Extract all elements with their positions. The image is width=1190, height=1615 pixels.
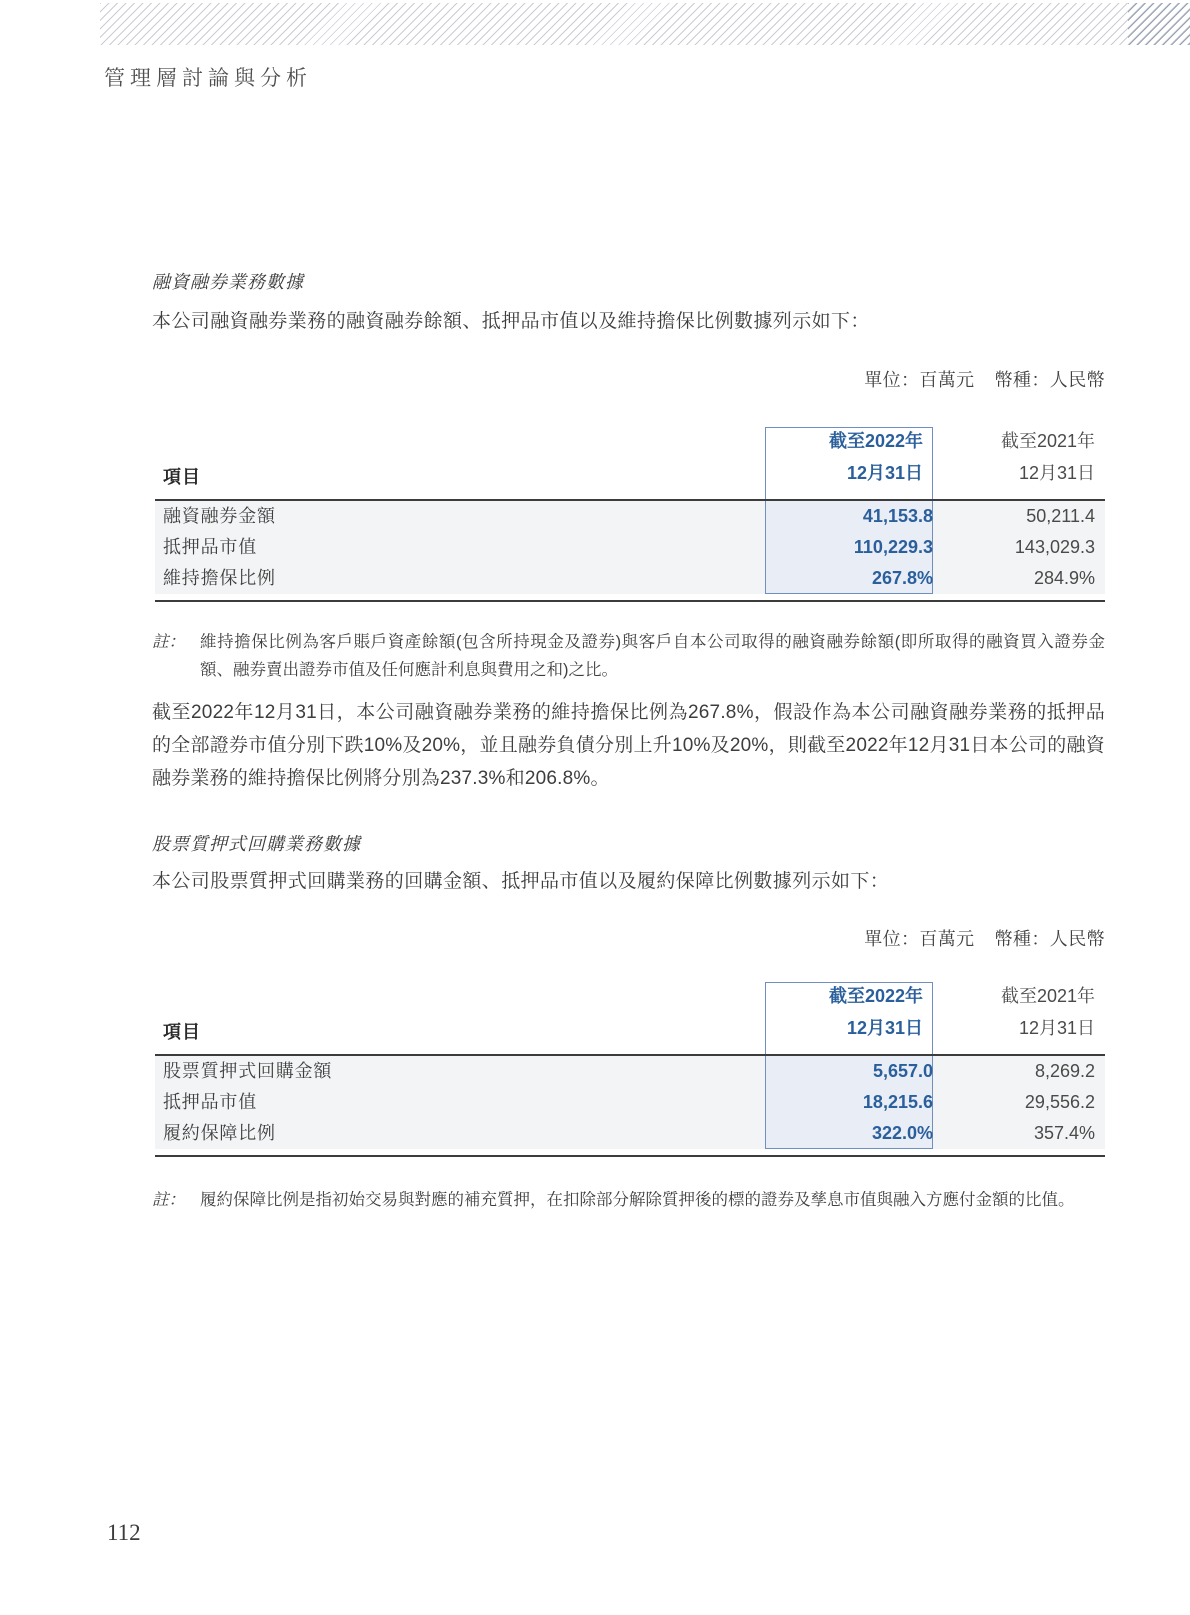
item-column-header: 項目 — [163, 463, 201, 489]
row-value-2022: 322.0% — [795, 1118, 943, 1149]
col-2021-header: 截至2021年 12月31日 — [933, 425, 1095, 489]
row-label: 履約保障比例 — [155, 1118, 795, 1149]
bottom-rule — [155, 1155, 1105, 1157]
row-value-2022: 18,215.6 — [795, 1087, 943, 1118]
row-label: 融資融券金額 — [155, 501, 795, 532]
row-value-2022: 5,657.0 — [795, 1056, 943, 1087]
table-row: 維持擔保比例 267.8% 284.9% — [155, 563, 1105, 594]
unit-label: 單位：百萬元 — [864, 370, 974, 390]
section1-title: 融資融券業務數據 — [152, 268, 304, 294]
col-2021-header-line1: 截至2021年 — [933, 980, 1095, 1012]
row-value-2021: 357.4% — [943, 1118, 1105, 1149]
stress-test-paragraph: 截至2022年12月31日，本公司融資融券業務的維持擔保比例為267.8%，假設… — [152, 696, 1105, 795]
section1-unit-line: 單位：百萬元幣種：人民幣 — [864, 366, 1105, 392]
currency-label: 幣種：人民幣 — [995, 929, 1105, 949]
note-text: 維持擔保比例為客戶賬戶資產餘額(包含所持現金及證券)與客戶自本公司取得的融資融券… — [200, 628, 1105, 684]
col-2021-header-line2: 12月31日 — [933, 457, 1095, 489]
row-value-2022: 41,153.8 — [795, 501, 943, 532]
stock-repo-table: 項目 截至2022年 12月31日 截至2021年 12月31日 股票質押式回購… — [155, 968, 1105, 1160]
col-2021-header: 截至2021年 12月31日 — [933, 980, 1095, 1044]
item-column-header: 項目 — [163, 1018, 201, 1044]
section2-note: 註： 履約保障比例是指初始交易與對應的補充質押，在扣除部分解除質押後的標的證券及… — [152, 1186, 1105, 1214]
table-row: 融資融券金額 41,153.8 50,211.4 — [155, 501, 1105, 532]
section1-intro: 本公司融資融券業務的融資融券餘額、抵押品市值以及維持擔保比例數據列示如下： — [152, 306, 1105, 333]
row-label: 股票質押式回購金額 — [155, 1056, 795, 1087]
col-2022-header-line1: 截至2022年 — [765, 980, 923, 1012]
chapter-title: 管理層討論與分析 — [104, 62, 312, 92]
hatched-banner — [100, 3, 1190, 45]
hatched-banner-dark-edge — [1128, 3, 1190, 45]
row-value-2021: 50,211.4 — [943, 501, 1105, 532]
row-value-2021: 143,029.3 — [943, 532, 1105, 563]
table-row: 抵押品市值 18,215.6 29,556.2 — [155, 1087, 1105, 1118]
col-2022-header: 截至2022年 12月31日 — [765, 980, 923, 1044]
note-text: 履約保障比例是指初始交易與對應的補充質押，在扣除部分解除質押後的標的證券及孳息市… — [200, 1186, 1105, 1214]
row-value-2021: 29,556.2 — [943, 1087, 1105, 1118]
row-label: 抵押品市值 — [155, 1087, 795, 1118]
table-rows: 融資融券金額 41,153.8 50,211.4 抵押品市值 110,229.3… — [155, 501, 1105, 594]
table-rows: 股票質押式回購金額 5,657.0 8,269.2 抵押品市值 18,215.6… — [155, 1056, 1105, 1149]
section1-note: 註： 維持擔保比例為客戶賬戶資產餘額(包含所持現金及證券)與客戶自本公司取得的融… — [152, 628, 1105, 684]
row-value-2022: 110,229.3 — [795, 532, 943, 563]
table-row: 抵押品市值 110,229.3 143,029.3 — [155, 532, 1105, 563]
section2-title: 股票質押式回購業務數據 — [152, 830, 361, 856]
note-label: 註： — [152, 628, 185, 656]
row-value-2021: 284.9% — [943, 563, 1105, 594]
section2-unit-line: 單位：百萬元幣種：人民幣 — [864, 925, 1105, 951]
bottom-rule — [155, 600, 1105, 602]
col-2021-header-line1: 截至2021年 — [933, 425, 1095, 457]
col-2022-header-line1: 截至2022年 — [765, 425, 923, 457]
col-2022-header-line2: 12月31日 — [765, 457, 923, 489]
section2-intro: 本公司股票質押式回購業務的回購金額、抵押品市值以及履約保障比例數據列示如下： — [152, 866, 1105, 893]
page-number: 112 — [107, 1520, 141, 1546]
note-label: 註： — [152, 1186, 185, 1214]
table-row: 履約保障比例 322.0% 357.4% — [155, 1118, 1105, 1149]
col-2021-header-line2: 12月31日 — [933, 1012, 1095, 1044]
row-label: 抵押品市值 — [155, 532, 795, 563]
report-page: 管理層討論與分析 融資融券業務數據 本公司融資融券業務的融資融券餘額、抵押品市值… — [0, 0, 1190, 1615]
unit-label: 單位：百萬元 — [864, 929, 974, 949]
table-row: 股票質押式回購金額 5,657.0 8,269.2 — [155, 1056, 1105, 1087]
col-2022-header: 截至2022年 12月31日 — [765, 425, 923, 489]
col-2022-header-line2: 12月31日 — [765, 1012, 923, 1044]
row-value-2022: 267.8% — [795, 563, 943, 594]
currency-label: 幣種：人民幣 — [995, 370, 1105, 390]
margin-financing-table: 項目 截至2022年 12月31日 截至2021年 12月31日 融資融券金額 … — [155, 413, 1105, 605]
row-label: 維持擔保比例 — [155, 563, 795, 594]
row-value-2021: 8,269.2 — [943, 1056, 1105, 1087]
